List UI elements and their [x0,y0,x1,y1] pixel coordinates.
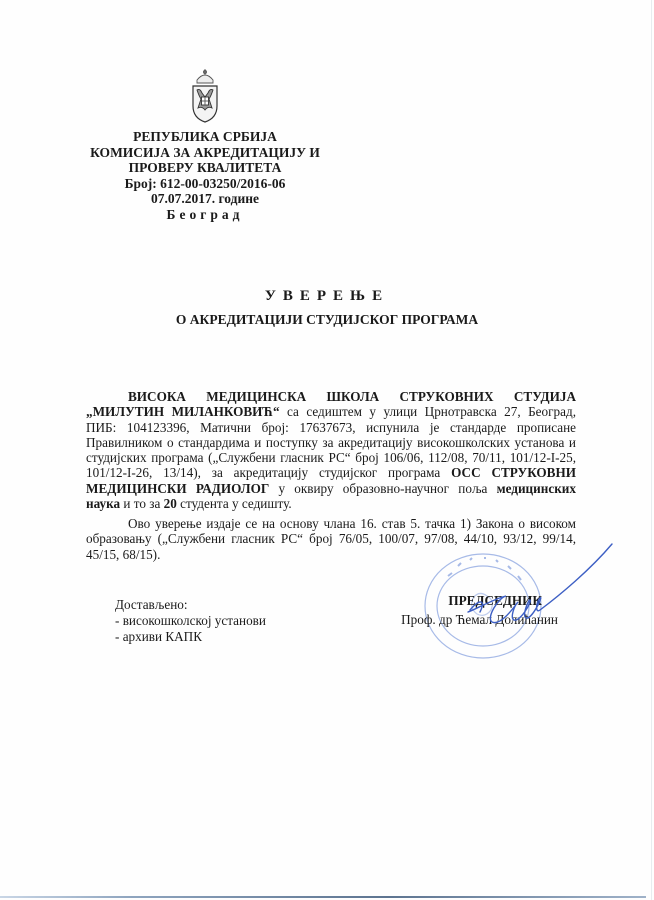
school-name-quoted: „МИЛУТИН МИЛАНКОВИЋ“ [86,404,280,419]
delivered-to-block: Достављено: - високошколској установи - … [115,597,266,645]
recipient-item: - високошколској установи [115,613,266,629]
document-page: РЕПУБЛИКА СРБИЈА КОМИСИЈА ЗА АКРЕДИТАЦИЈ… [0,0,654,900]
student-count: 20 [164,496,177,511]
paragraph-text-3: и то за [120,496,164,511]
country-name: РЕПУБЛИКА СРБИЈА [95,129,315,145]
document-city: Београд [95,207,315,223]
document-date: 07.07.2017. године [95,191,315,207]
document-title: УВЕРЕЊЕ [0,288,654,305]
school-name: ВИСОКА МЕДИЦИНСКА ШКОЛА СТРУКОВНИХ СТУДИ… [128,389,576,404]
paragraph-text-2: у оквиру образовно-научног поља [269,481,496,496]
issuer-header: РЕПУБЛИКА СРБИЈА КОМИСИЈА ЗА АКРЕДИТАЦИЈ… [95,68,315,223]
handwritten-signature-icon [440,540,615,635]
scan-edge-bottom [0,896,646,898]
delivered-label: Достављено: [115,597,266,613]
paragraph-text-4: студента у седишту. [177,496,292,511]
scan-edge-right [651,0,652,900]
commission-name-line2: ПРОВЕРУ КВАЛИТЕТА [95,160,315,176]
recipient-item: - архиви КАПК [115,629,266,645]
commission-name-line1: КОМИСИЈА ЗА АКРЕДИТАЦИЈУ И [83,145,327,161]
document-number: Број: 612-00-03250/2016-06 [95,176,315,192]
certificate-paragraph-1: ВИСОКА МЕДИЦИНСКА ШКОЛА СТРУКОВНИХ СТУДИ… [86,389,576,511]
coat-of-arms-icon [188,68,222,124]
document-subtitle: О АКРЕДИТАЦИЈИ СТУДИЈСКОГ ПРОГРАМА [0,312,654,328]
